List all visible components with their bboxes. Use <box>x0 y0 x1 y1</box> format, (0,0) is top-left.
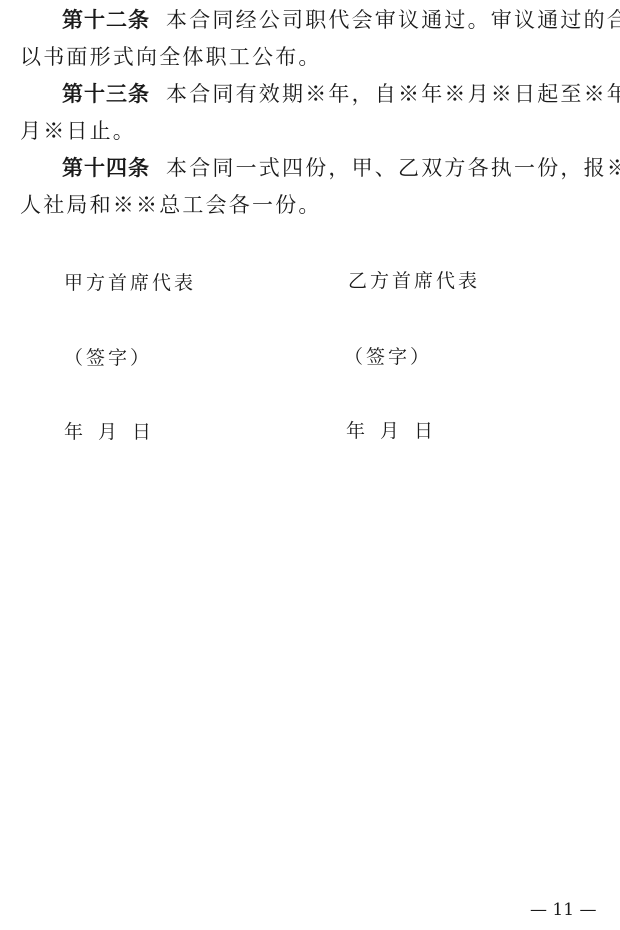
party-a-year: 年 <box>64 421 86 443</box>
party-b-month: 月 <box>380 420 402 442</box>
party-b-year: 年 <box>346 420 368 442</box>
article-12-line-1: 第十二条本合同经公司职代会审议通过。审议通过的合同 <box>62 6 620 34</box>
article-14-label: 第十四条 <box>62 156 150 180</box>
party-b-day: 日 <box>414 420 436 442</box>
party-a-title: 甲方首席代表 <box>64 268 196 295</box>
article-12-line-2: 以书面形式向全体职工公布。 <box>20 43 600 71</box>
article-14-text: 本合同一式四份，甲、乙双方各执一份，报※※ <box>166 156 620 180</box>
article-13-line-1: 第十三条本合同有效期※年，自※年※月※日起至※年※ <box>62 80 620 108</box>
article-13-text: 本合同有效期※年，自※年※月※日起至※年※ <box>166 82 620 106</box>
article-13-line-2: 月※日止。 <box>20 117 600 145</box>
article-12-text: 本合同经公司职代会审议通过。审议通过的合同 <box>166 8 620 32</box>
article-14-line-2: 人社局和※※总工会各一份。 <box>20 191 600 219</box>
article-13-label: 第十三条 <box>62 82 150 106</box>
party-a-month: 月 <box>98 421 120 443</box>
party-b-title: 乙方首席代表 <box>348 266 480 293</box>
page-number: — 11 — <box>530 900 596 920</box>
party-b-date: 年月日 <box>346 416 448 443</box>
party-b-signature: （签字） <box>344 342 432 369</box>
article-12-label: 第十二条 <box>62 8 150 32</box>
party-a-signature: （签字） <box>64 343 152 370</box>
article-14-line-1: 第十四条本合同一式四份，甲、乙双方各执一份，报※※ <box>62 154 620 182</box>
party-a-day: 日 <box>132 421 154 443</box>
party-a-date: 年月日 <box>64 417 166 444</box>
